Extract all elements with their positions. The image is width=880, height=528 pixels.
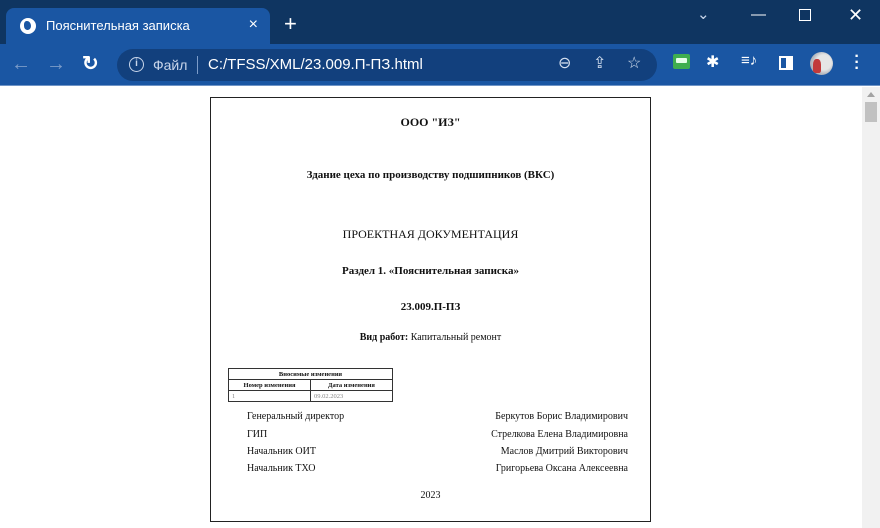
- work-type: Вид работ: Капитальный ремонт: [211, 332, 650, 343]
- changes-table: Вносимые изменения Номер изменения Дата …: [228, 368, 393, 402]
- signature-role: Генеральный директор: [247, 411, 344, 422]
- scheme-label: Файл: [153, 57, 187, 73]
- document-year: 2023: [211, 490, 650, 501]
- tab-title: Пояснительная записка: [46, 18, 190, 33]
- scroll-up-arrow-icon[interactable]: [867, 92, 875, 97]
- document-code: 23.009.П-ПЗ: [211, 301, 650, 313]
- change-date: 09.02.2023: [311, 391, 393, 402]
- vertical-scrollbar[interactable]: [862, 87, 880, 528]
- close-window-button[interactable]: ✕: [848, 6, 863, 24]
- work-type-value: Капитальный ремонт: [408, 332, 501, 343]
- title-page: ООО "ИЗ" Здание цеха по производству под…: [210, 97, 651, 522]
- omnibox-divider: [197, 56, 198, 74]
- minimize-button[interactable]: —: [751, 6, 766, 24]
- building-name: Здание цеха по производству подшипников …: [211, 169, 650, 181]
- signature-role: ГИП: [247, 429, 267, 440]
- work-type-label: Вид работ:: [360, 332, 409, 343]
- maximize-button[interactable]: [799, 9, 811, 21]
- profile-avatar[interactable]: [810, 52, 833, 75]
- table-row: 1 09.02.2023: [229, 391, 393, 402]
- close-tab-icon[interactable]: ×: [249, 16, 258, 34]
- extension-dashlane-icon[interactable]: [673, 54, 690, 69]
- url-text[interactable]: C:/TFSS/XML/23.009.П-ПЗ.html: [208, 56, 423, 73]
- side-panel-icon[interactable]: [779, 56, 793, 70]
- signature-name: Григорьева Оксана Алексеевна: [496, 463, 628, 474]
- signature-role: Начальник ОИТ: [247, 446, 316, 457]
- globe-icon: [20, 18, 36, 34]
- extensions-puzzle-icon[interactable]: ✱: [706, 52, 719, 72]
- browser-titlebar: Пояснительная записка × + ⌄ — ✕: [0, 0, 880, 44]
- tab-active[interactable]: Пояснительная записка ×: [6, 8, 270, 44]
- section-title: Раздел 1. «Пояснительная записка»: [211, 265, 650, 277]
- tab-search-icon[interactable]: ⌄: [697, 6, 710, 24]
- change-number: 1: [229, 391, 311, 402]
- scroll-thumb[interactable]: [865, 102, 877, 122]
- address-bar[interactable]: i Файл C:/TFSS/XML/23.009.П-ПЗ.html ⊖ ⇪ …: [117, 49, 657, 81]
- zoom-icon[interactable]: ⊖: [558, 55, 571, 73]
- info-icon[interactable]: i: [129, 57, 144, 72]
- back-button[interactable]: ←: [11, 53, 31, 75]
- bookmark-star-icon[interactable]: ☆: [627, 55, 641, 73]
- reload-button[interactable]: ↻: [82, 53, 99, 75]
- forward-button[interactable]: →: [46, 53, 66, 75]
- signature-role: Начальник ТХО: [247, 463, 315, 474]
- changes-table-title: Вносимые изменения: [229, 369, 393, 380]
- signature-name: Стрелкова Елена Владимировна: [491, 429, 628, 440]
- document-type: ПРОЕКТНАЯ ДОКУМЕНТАЦИЯ: [211, 227, 650, 242]
- column-header: Номер изменения: [229, 380, 311, 391]
- share-icon[interactable]: ⇪: [593, 55, 606, 73]
- new-tab-button[interactable]: +: [284, 12, 297, 36]
- browser-menu-icon[interactable]: ···: [854, 54, 860, 72]
- organization-name: ООО "ИЗ": [211, 115, 650, 130]
- column-header: Дата изменения: [311, 380, 393, 391]
- media-control-icon[interactable]: ≡♪: [741, 52, 757, 69]
- signature-name: Маслов Дмитрий Викторович: [501, 446, 628, 457]
- signature-name: Беркутов Борис Владимирович: [495, 411, 628, 422]
